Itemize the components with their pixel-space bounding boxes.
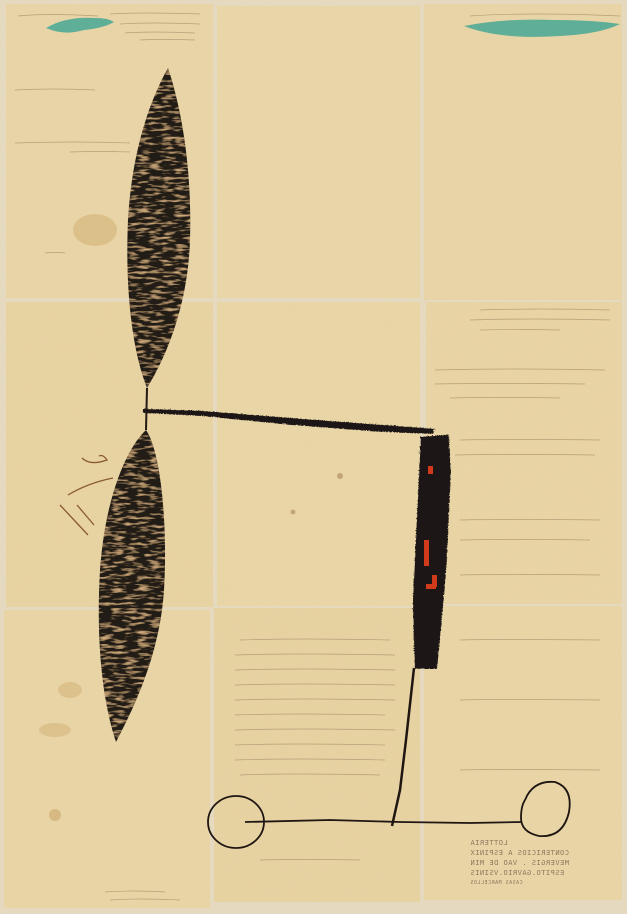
artwork-canvas (0, 0, 627, 914)
manuscript-sheets (0, 0, 627, 914)
printed-stamp: LOTTERIA CONTERICIOS A ESPINIX MEVERGIS … (470, 838, 580, 888)
